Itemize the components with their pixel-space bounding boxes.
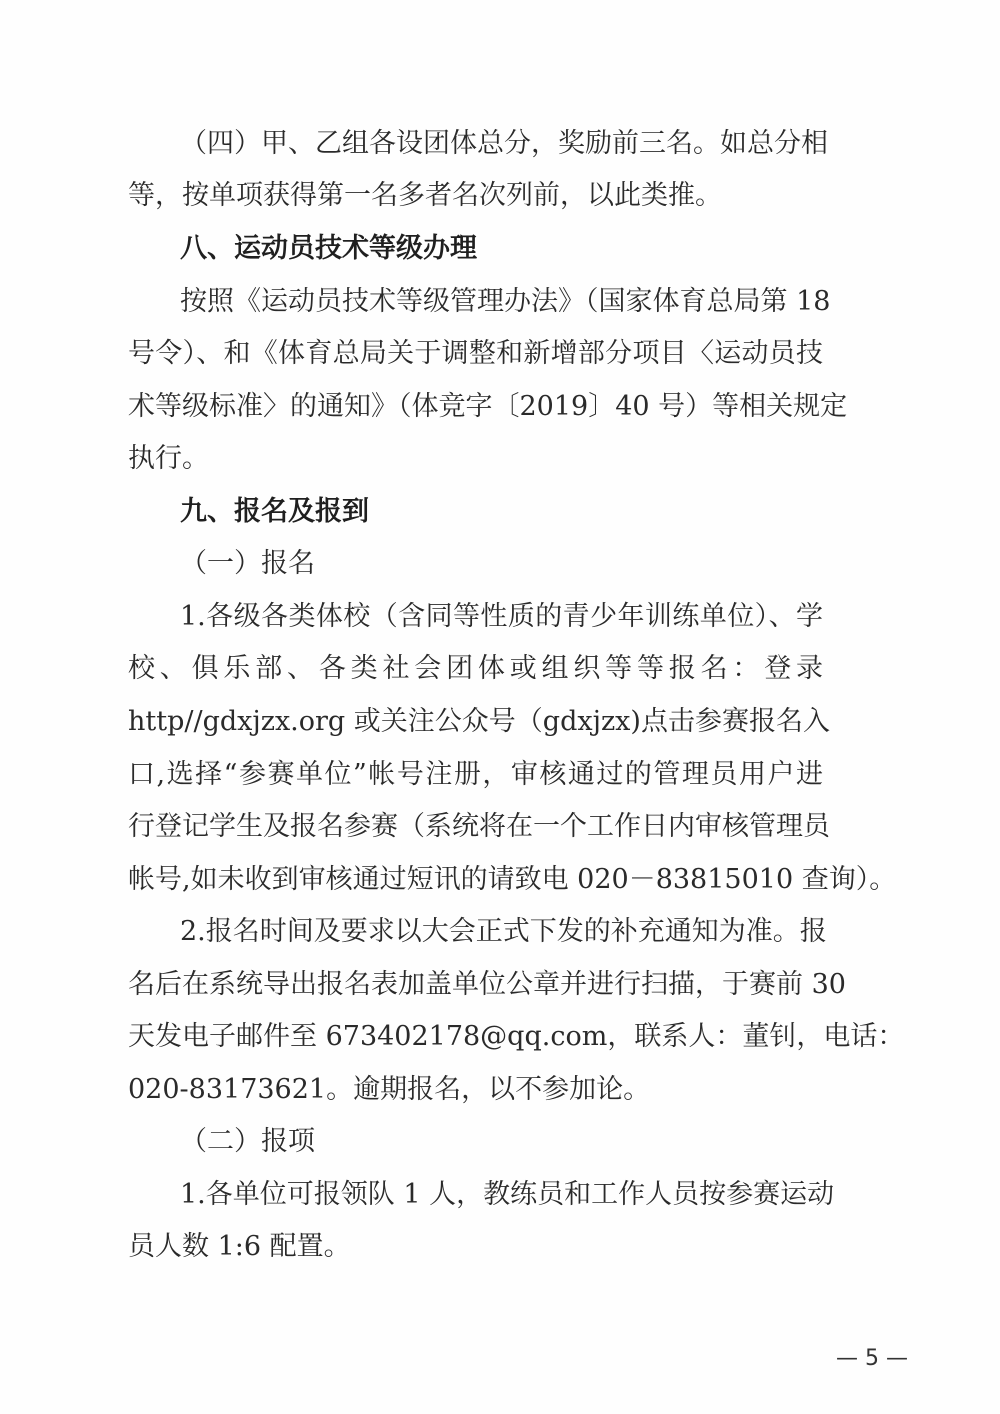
text-line: 名后在系统导出报名表加盖单位公章并进行扫描，于赛前 30 (128, 965, 823, 1005)
text-line: 1.各单位可报领队 1 人，教练员和工作人员按参赛运动 (180, 1175, 823, 1215)
page-number: — 5 — (836, 1346, 908, 1371)
text-line-contact: 天发电子邮件至 673402178@qq.com，联系人：董钊，电话： (128, 1017, 823, 1057)
text-line: 口,选择“参赛单位”帐号注册，审核通过的管理员用户进 (128, 755, 823, 795)
subsection-heading-registration: （一）报名 (180, 544, 823, 584)
text-line: 等，按单项获得第一名多者名次列前，以此类推。 (128, 176, 823, 216)
text-line: 2.报名时间及要求以大会正式下发的补充通知为准。报 (180, 912, 823, 952)
text-line: 号令）、和《体育总局关于调整和新增部分项目〈运动员技 (128, 334, 823, 374)
document-page: （四）甲、乙组各设团体总分，奖励前三名。如总分相 等，按单项获得第一名多者名次列… (0, 0, 1000, 1414)
section-heading-8: 八、运动员技术等级办理 (180, 229, 823, 269)
text-line: 术等级标准〉的通知》（体竞字〔2019〕40 号）等相关规定 (128, 387, 823, 427)
text-line: 执行。 (128, 439, 823, 479)
text-line: 行登记学生及报名参赛（系统将在一个工作日内审核管理员 (128, 807, 823, 847)
text-line: 按照《运动员技术等级管理办法》（国家体育总局第 18 (180, 282, 823, 322)
text-line: 1.各级各类体校（含同等性质的青少年训练单位）、学 (180, 597, 823, 637)
text-line: 020-83173621。逾期报名，以不参加论。 (128, 1070, 823, 1110)
section-heading-9: 九、报名及报到 (180, 492, 823, 532)
text-line: 员人数 1:6 配置。 (128, 1227, 823, 1267)
text-line: 帐号,如未收到审核通过短讯的请致电 020－83815010 查询）。 (128, 860, 823, 900)
subsection-heading-entries: （二）报项 (180, 1122, 823, 1162)
text-line-url: http//gdxjzx.org 或关注公众号（gdxjzx)点击参赛报名入 (128, 702, 823, 742)
text-line: 校、俱乐部、各类社会团体或组织等等报名：登录 (128, 649, 823, 689)
text-line: （四）甲、乙组各设团体总分，奖励前三名。如总分相 (180, 124, 823, 164)
